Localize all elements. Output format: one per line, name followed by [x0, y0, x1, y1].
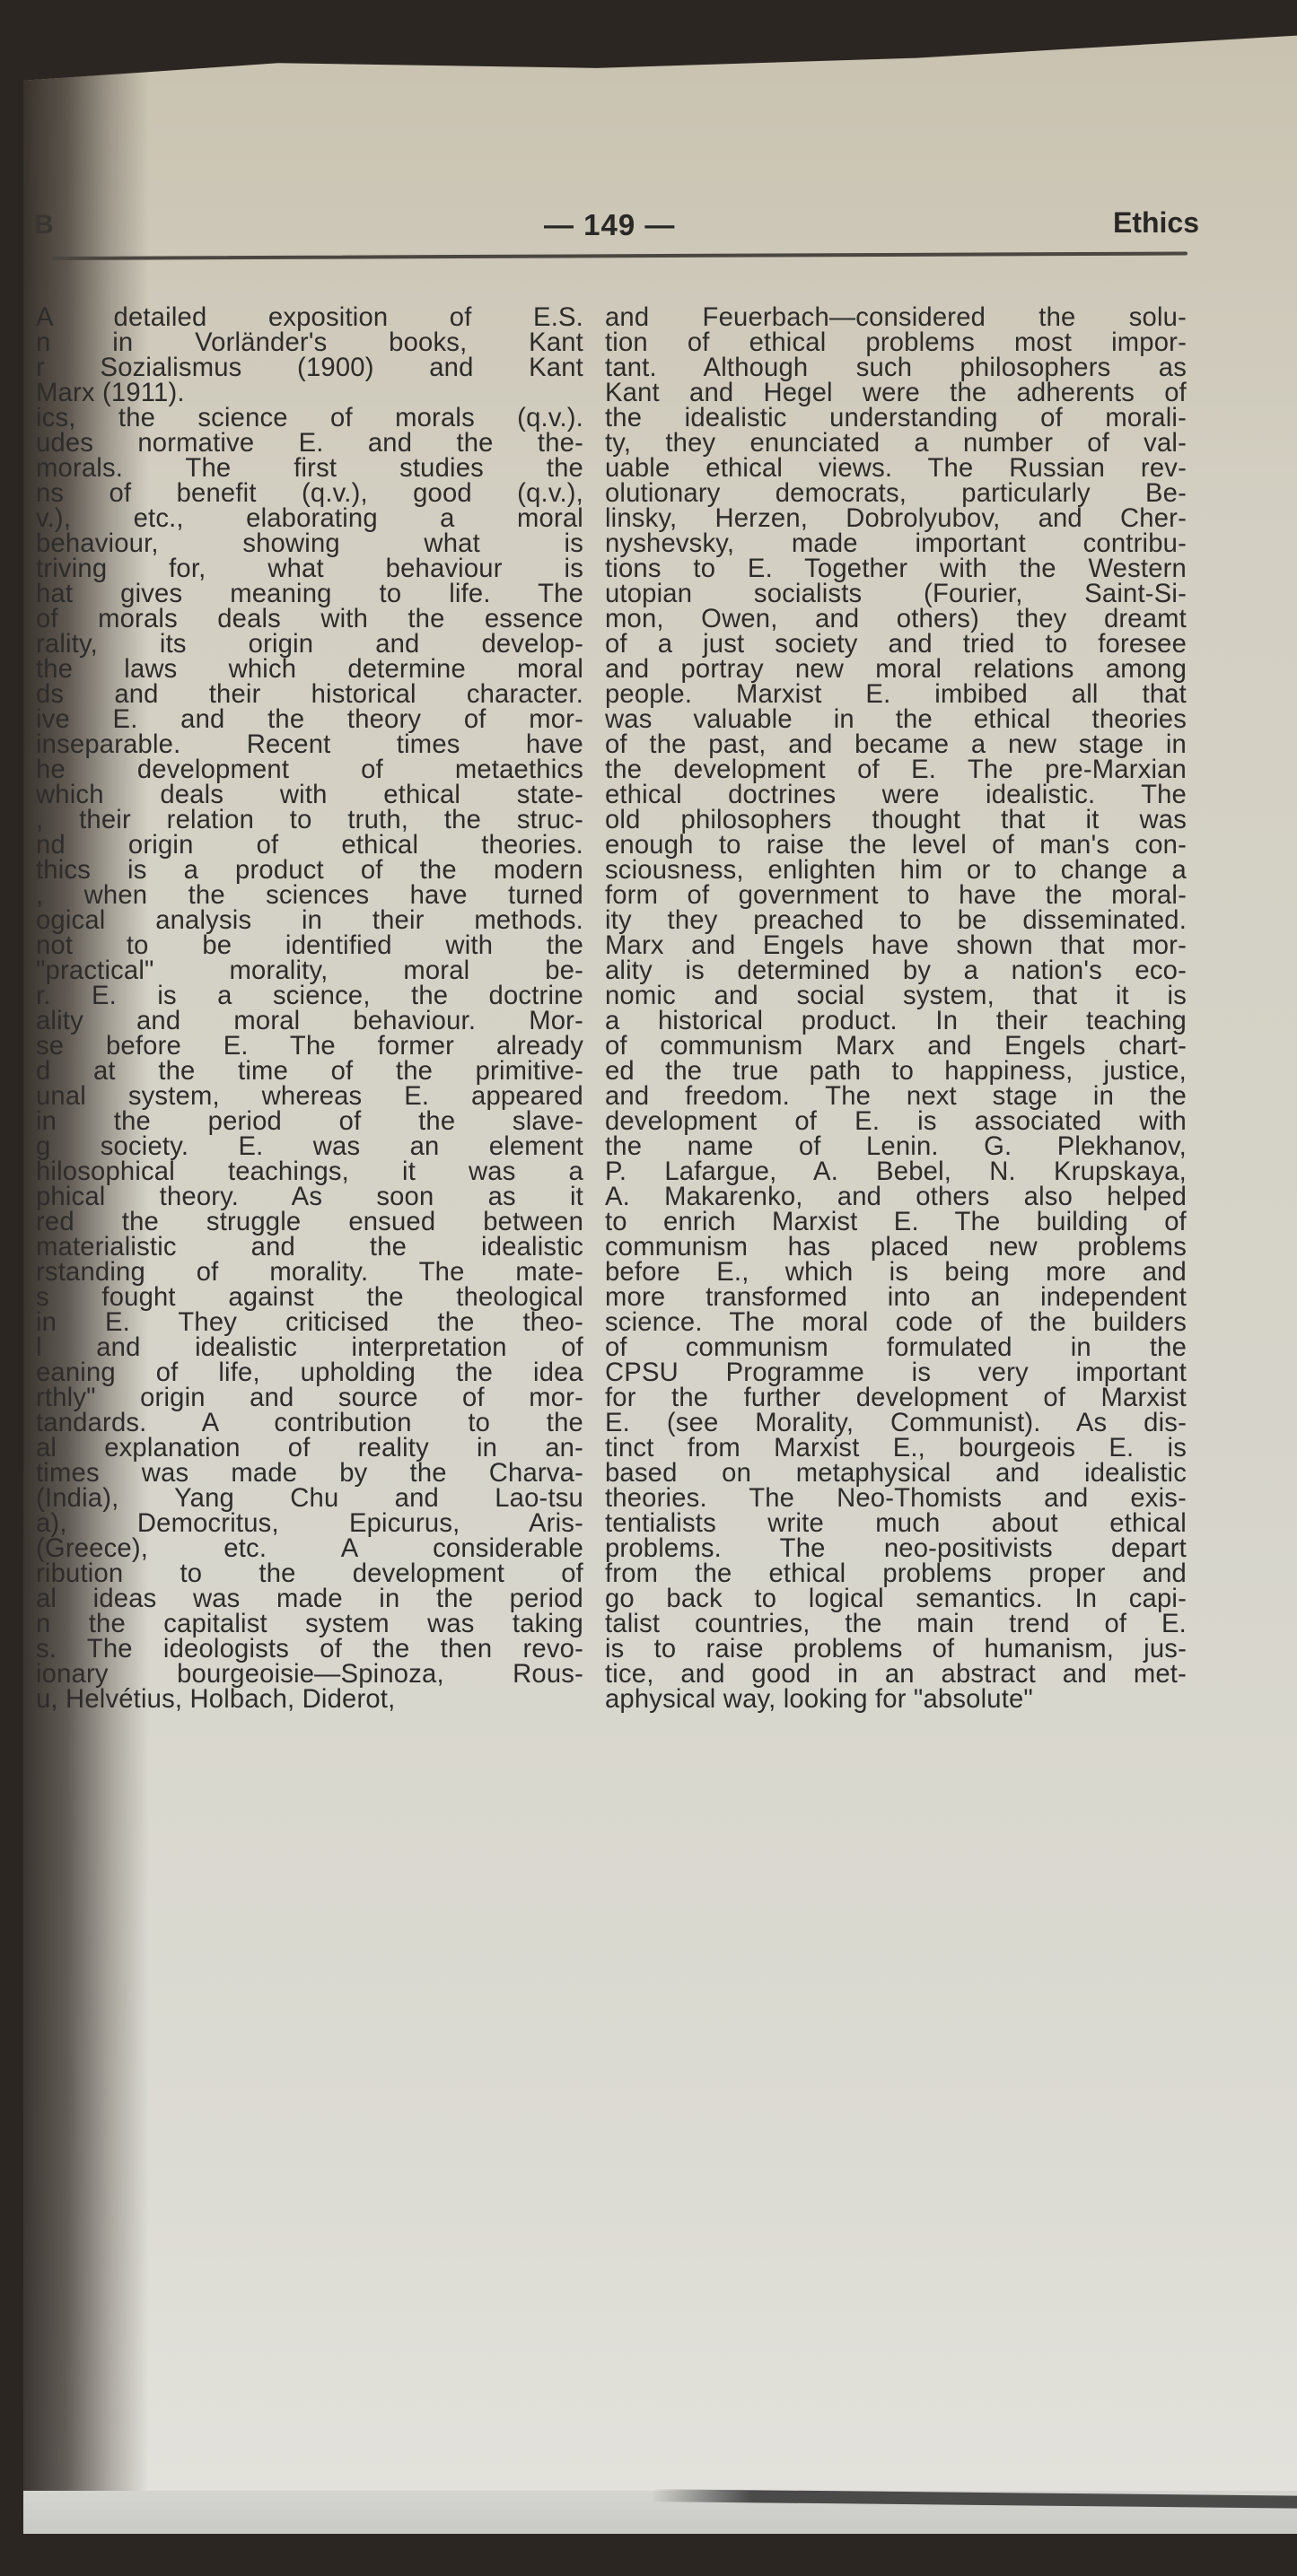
- text-line: theories. The Neo-Thomists and exis-: [605, 1486, 1187, 1511]
- text-line: "practical" morality, moral be-: [36, 958, 583, 983]
- text-line: behaviour, showing what is: [36, 531, 583, 556]
- text-line: of the past, and became a new stage in: [605, 732, 1187, 757]
- text-line: A detailed exposition of E.S.: [36, 305, 583, 330]
- text-line: unal system, whereas E. appeared: [36, 1084, 583, 1109]
- text-line: , their relation to truth, the struc-: [36, 808, 583, 833]
- page-bottom-edge: [23, 2491, 1297, 2534]
- text-line: utopian socialists (Fourier, Saint-Si-: [605, 581, 1187, 607]
- text-line: r Sozialismus (1900) and Kant: [36, 355, 583, 380]
- text-line: of morals deals with the essence: [36, 607, 583, 632]
- text-line: red the struggle ensued between: [36, 1209, 583, 1235]
- text-line: talist countries, the main trend of E.: [605, 1611, 1187, 1637]
- running-head: Ethics: [1113, 206, 1199, 240]
- text-line: thics is a product of the modern: [36, 858, 583, 883]
- text-line: ed the true path to happiness, justice,: [605, 1059, 1187, 1084]
- text-line: more transformed into an independent: [605, 1285, 1187, 1310]
- text-line: based on metaphysical and idealistic: [605, 1461, 1187, 1486]
- text-line: uable ethical views. The Russian rev-: [605, 456, 1187, 481]
- text-line: of a just society and tried to foresee: [605, 632, 1187, 657]
- text-line: , when the sciences have turned: [36, 883, 583, 908]
- text-line: he development of metaethics: [36, 757, 583, 782]
- text-line: ty, they enunciated a number of val-: [605, 431, 1187, 456]
- text-line: phical theory. As soon as it: [36, 1184, 583, 1209]
- text-line: science. The moral code of the builders: [605, 1310, 1187, 1335]
- text-line: rality, its origin and develop-: [36, 632, 583, 657]
- text-line: linsky, Herzen, Dobrolyubov, and Cher-: [605, 506, 1187, 531]
- text-line: before E., which is being more and: [605, 1260, 1187, 1285]
- text-line: ality and moral behaviour. Mor-: [36, 1009, 583, 1034]
- text-line: ive E. and the theory of mor-: [36, 707, 583, 732]
- text-line: sciousness, enlighten him or to change a: [605, 858, 1187, 883]
- text-line: tion of ethical problems most impor-: [605, 330, 1187, 355]
- text-line: ribution to the development of: [36, 1561, 583, 1586]
- text-line: in E. They criticised the theo-: [36, 1310, 583, 1335]
- text-line: was valuable in the ethical theories: [605, 707, 1187, 732]
- text-line: r. E. is a science, the doctrine: [36, 983, 583, 1009]
- text-line: of communism formulated in the: [605, 1335, 1187, 1360]
- text-line: to enrich Marxist E. The building of: [605, 1209, 1187, 1235]
- text-line: the name of Lenin. G. Plekhanov,: [605, 1134, 1187, 1159]
- text-line: tandards. A contribution to the: [36, 1410, 583, 1436]
- text-line: communism has placed new problems: [605, 1235, 1187, 1260]
- text-line: tice, and good in an abstract and met-: [605, 1662, 1187, 1687]
- text-line: ality is determined by a nation's eco-: [605, 958, 1187, 983]
- text-line: a historical product. In their teaching: [605, 1009, 1187, 1034]
- text-line: ity they preached to be disseminated.: [605, 908, 1187, 933]
- text-line: a), Democritus, Epicurus, Aris-: [36, 1511, 583, 1536]
- text-line: ionary bourgeoisie—Spinoza, Rous-: [36, 1662, 583, 1687]
- text-line: from the ethical problems proper and: [605, 1561, 1187, 1586]
- text-line: ics, the science of morals (q.v.).: [36, 406, 583, 431]
- text-line: triving for, what behaviour is: [36, 556, 583, 581]
- text-line: nd origin of ethical theories.: [36, 833, 583, 858]
- text-line: n in Vorländer's books, Kant: [36, 330, 583, 355]
- text-line: inseparable. Recent times have: [36, 732, 583, 757]
- page-header: B — 149 — Ethics: [77, 208, 1190, 249]
- text-line: d at the time of the primitive-: [36, 1059, 583, 1084]
- text-line: olutionary democrats, particularly Be-: [605, 481, 1187, 506]
- text-line: tant. Although such philosophers as: [605, 355, 1187, 380]
- text-line: g society. E. was an element: [36, 1134, 583, 1159]
- text-line: tions to E. Together with the Western: [605, 556, 1187, 581]
- text-line: udes normative E. and the the-: [36, 431, 583, 456]
- text-line: Marx (1911).: [36, 380, 583, 406]
- text-line: hilosophical teachings, it was a: [36, 1159, 583, 1184]
- text-line: rstanding of morality. The mate-: [36, 1260, 583, 1285]
- text-line: tentialists write much about ethical: [605, 1511, 1187, 1536]
- text-line: in the period of the slave-: [36, 1109, 583, 1134]
- text-line: go back to logical semantics. In capi-: [605, 1586, 1187, 1611]
- text-line: CPSU Programme is very important: [605, 1360, 1187, 1385]
- left-column: A detailed exposition of E.S.n in Vorlän…: [36, 305, 583, 1712]
- text-line: v.), etc., elaborating a moral: [36, 506, 583, 531]
- text-line: ds and their historical character.: [36, 682, 583, 707]
- text-line: development of E. is associated with: [605, 1109, 1187, 1134]
- header-marker: B: [34, 210, 54, 240]
- text-line: nomic and social system, that it is: [605, 983, 1187, 1009]
- text-line: aphysical way, looking for "absolute": [605, 1687, 1187, 1712]
- text-line: is to raise problems of humanism, jus-: [605, 1637, 1187, 1662]
- text-line: rthly" origin and source of mor-: [36, 1385, 583, 1410]
- text-line: P. Lafargue, A. Bebel, N. Krupskaya,: [605, 1159, 1187, 1184]
- text-line: s. The ideologists of the then revo-: [36, 1637, 583, 1662]
- text-line: (Greece), etc. A considerable: [36, 1536, 583, 1561]
- text-line: s fought against the theological: [36, 1285, 583, 1310]
- text-line: of communism Marx and Engels chart-: [605, 1034, 1187, 1059]
- text-line: al explanation of reality in an-: [36, 1436, 583, 1461]
- text-line: the laws which determine moral: [36, 657, 583, 682]
- text-line: tinct from Marxist E., bourgeois E. is: [605, 1436, 1187, 1461]
- text-line: (India), Yang Chu and Lao-tsu: [36, 1486, 583, 1511]
- header-rule: [52, 251, 1187, 260]
- text-line: times was made by the Charva-: [36, 1461, 583, 1486]
- text-line: l and idealistic interpretation of: [36, 1335, 583, 1360]
- text-line: Marx and Engels have shown that mor-: [605, 933, 1187, 958]
- text-line: the development of E. The pre-Marxian: [605, 757, 1187, 782]
- text-line: n the capitalist system was taking: [36, 1611, 583, 1637]
- text-line: enough to raise the level of man's con-: [605, 833, 1187, 858]
- page-number: — 149 —: [544, 208, 675, 242]
- text-line: ns of benefit (q.v.), good (q.v.),: [36, 481, 583, 506]
- text-line: morals. The first studies the: [36, 456, 583, 481]
- text-line: Kant and Hegel were the adherents of: [605, 380, 1187, 406]
- text-line: ogical analysis in their methods.: [36, 908, 583, 933]
- text-line: and portray new moral relations among: [605, 657, 1187, 682]
- text-line: which deals with ethical state-: [36, 782, 583, 808]
- text-line: people. Marxist E. imbibed all that: [605, 682, 1187, 707]
- text-line: u, Helvétius, Holbach, Diderot,: [36, 1687, 583, 1712]
- text-line: al ideas was made in the period: [36, 1586, 583, 1611]
- book-page: B — 149 — Ethics A detailed exposition o…: [23, 31, 1297, 2534]
- text-line: se before E. The former already: [36, 1034, 583, 1059]
- text-line: form of government to have the moral-: [605, 883, 1187, 908]
- text-line: E. (see Morality, Communist). As dis-: [605, 1410, 1187, 1436]
- text-line: A. Makarenko, and others also helped: [605, 1184, 1187, 1209]
- text-line: nyshevsky, made important contribu-: [605, 531, 1187, 556]
- text-line: eaning of life, upholding the idea: [36, 1360, 583, 1385]
- text-line: materialistic and the idealistic: [36, 1235, 583, 1260]
- text-line: mon, Owen, and others) they dreamt: [605, 607, 1187, 632]
- text-line: not to be identified with the: [36, 933, 583, 958]
- text-line: for the further development of Marxist: [605, 1385, 1187, 1410]
- text-line: the idealistic understanding of morali-: [605, 406, 1187, 431]
- right-column: and Feuerbach—considered the solu-tion o…: [605, 305, 1187, 1712]
- text-line: problems. The neo-positivists depart: [605, 1536, 1187, 1561]
- text-line: hat gives meaning to life. The: [36, 581, 583, 607]
- text-line: ethical doctrines were idealistic. The: [605, 782, 1187, 808]
- text-line: and Feuerbach—considered the solu-: [605, 305, 1187, 330]
- text-line: and freedom. The next stage in the: [605, 1084, 1187, 1109]
- text-line: old philosophers thought that it was: [605, 808, 1187, 833]
